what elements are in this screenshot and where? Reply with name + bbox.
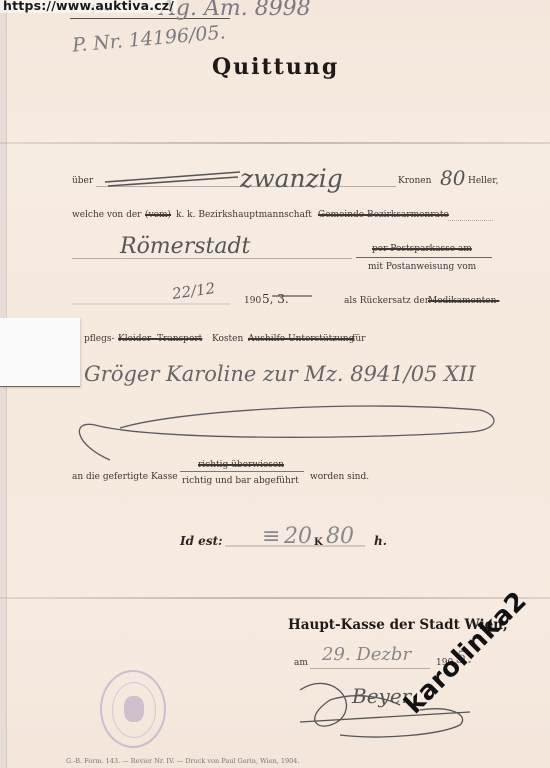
page-title: Quittung: [212, 54, 339, 80]
text-kosten: Kosten: [212, 334, 243, 344]
total-kronen: 20: [284, 524, 312, 549]
label-kronen: Kronen: [398, 176, 431, 186]
struck-gemeinde: Gemeinde Bezirksarmenrate: [318, 210, 449, 220]
text-kasse: an die gefertigte Kasse: [72, 472, 178, 482]
total-symbol: ≡: [262, 524, 280, 549]
place-handwritten: Römerstadt: [120, 234, 250, 259]
total-h-label: h.: [374, 534, 387, 548]
document-page: J. N. Ag. Am. 8998 P. Nr. 14196/05. Quit…: [0, 0, 550, 768]
struck-postsparkasse: per Postsparkasse am: [372, 244, 472, 254]
stamp-crest-icon: [124, 696, 144, 722]
recipient-handwritten: Gröger Karoline zur Mz. 8941/05 XII: [84, 362, 476, 386]
text-pflegs: pflegs-: [84, 334, 115, 344]
text-ruckersatz: als Rückersatz der: [344, 296, 429, 306]
text-worden-sind: worden sind.: [310, 472, 369, 482]
watermark-seller: karolinka2: [399, 586, 533, 720]
struck-ueberwiesen: richtig überwiesen: [198, 460, 284, 470]
struck-vom: (vom): [145, 210, 171, 220]
overlapping-paper: [0, 318, 80, 387]
total-heller: 80: [326, 524, 354, 549]
text-abgefuehrt: richtig und bar abgeführt: [182, 476, 299, 486]
struck-aushilfe: Aushilfe Unterstützung: [248, 334, 354, 344]
blank-line: [448, 220, 493, 221]
text-welche: welche von der: [72, 210, 141, 220]
date-line: [310, 668, 430, 669]
divider: [356, 257, 492, 258]
date-handwritten: 29. Dezbr: [322, 644, 411, 665]
total-label: Id est:: [180, 534, 223, 548]
heller-value: 80: [440, 166, 465, 190]
place-line: [72, 258, 352, 259]
struck-kleider-transport: Kleider- Transport: [118, 334, 202, 344]
handwritten-pnr: P. Nr. 14196/05.: [71, 21, 226, 56]
imprint: G.-B. Form. 143. — Revier Nr. IV. — Druc…: [66, 757, 300, 765]
text-bezirkshauptmannschaft: k. k. Bezirkshauptmannschaft: [176, 210, 312, 220]
watermark-url: https://www.auktiva.cz/: [0, 0, 177, 13]
divider: [180, 471, 304, 472]
struck-medikamenten: Medikamenten-: [428, 296, 499, 306]
text-postanweisung: mit Postanweisung vom: [368, 262, 476, 272]
date-prefix: am: [294, 658, 308, 668]
label-ueber: über: [72, 176, 93, 186]
total-k-label: K: [314, 537, 323, 548]
fold-line: [0, 142, 550, 144]
date-handwritten: 22/12: [171, 279, 216, 303]
amount-words: zwanzig: [240, 164, 343, 193]
label-heller: Heller,: [468, 176, 498, 186]
official-stamp: [100, 670, 166, 748]
text-fuer: für: [352, 334, 365, 344]
year-suffix: 5, 3.: [262, 292, 289, 306]
year-prefix: 190: [244, 296, 261, 306]
fold-line: [0, 597, 550, 599]
handwritten-ref: Ag. Am. 8998: [160, 0, 311, 21]
